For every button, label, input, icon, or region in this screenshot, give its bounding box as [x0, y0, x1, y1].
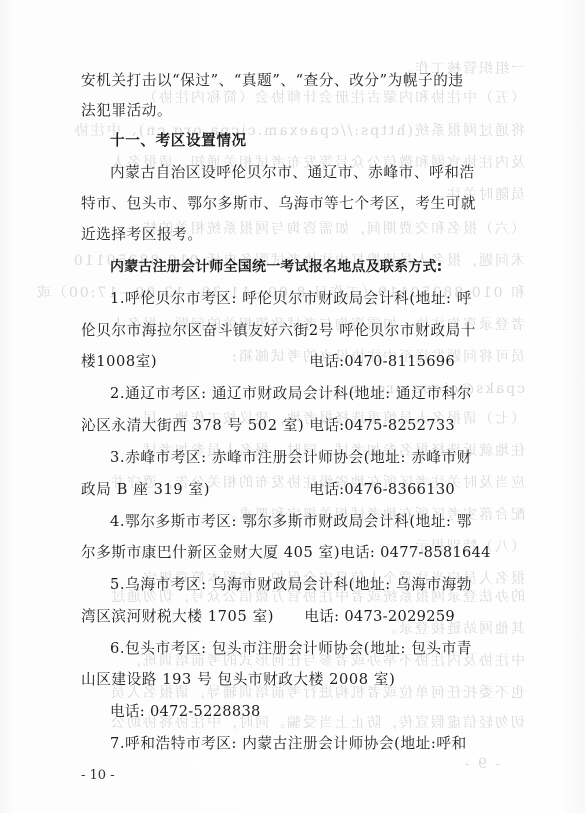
bleed-through-layer: 一组织管核工作。 （五）中注协和内蒙古注册会计师协会（简称内注协） 将通过网报系… [0, 0, 585, 813]
location-4-phone: 电话: 0477-8581644 [340, 543, 491, 563]
location-6-line-2: 山区建设路 193 号 包头市财政大楼 2008 室) [81, 670, 455, 690]
location-1-phone: 电话:0470-8115696 [309, 352, 455, 372]
location-7-line-1: 7.呼和浩特市考区: 内蒙古注册会计师协会(地址:呼和 [110, 734, 455, 754]
section-body-line-3: 近选择考区报考。 [81, 225, 455, 245]
location-1-address-end: 楼1008室) [81, 352, 157, 372]
location-2-line-2: 沁区永清大街西 378 号 502 室) 电话:0475-8252733 [81, 416, 455, 436]
location-4-address-end: 尔多斯市康巴什新区金财大厦 405 室) [81, 543, 340, 563]
location-5-address-end: 湾区滨河财税大楼 1705 室) [81, 607, 274, 627]
location-3-line-2: 政局 B 座 319 室) 电话:0476-8366130 [81, 480, 455, 500]
location-5-phone: 电话: 0473-2029259 [304, 607, 455, 627]
location-6-line-1: 6.包头市考区: 包头市注册会计师协会(地址: 包头市青 [110, 639, 455, 659]
location-2-line-1: 2.通辽市考区: 通辽市财政局会计科(地址: 通辽市科尔 [110, 384, 455, 404]
section-heading: 十一、考区设置情况 [110, 131, 455, 151]
location-6-phone: 电话: 0472-5228838 [110, 702, 455, 722]
intro-line-2: 法犯罪活动。 [81, 101, 455, 121]
location-4-line-2: 尔多斯市康巴什新区金财大厦 405 室) 电话: 0477-8581644 [81, 543, 455, 563]
location-5-line-1: 5.乌海市考区: 乌海市财政局会计科(地址: 乌海市海勃 [110, 575, 455, 595]
page-number: - 10 - [81, 768, 115, 783]
location-4-line-1: 4.鄂尔多斯市考区: 鄂尔多斯市财政局会计科(地址: 鄂 [110, 512, 455, 532]
section-body-line-2: 特市、包头市、鄂尔多斯市、乌海市等七个考区，考生可就 [81, 194, 455, 214]
location-2-address-end: 沁区永清大街西 378 号 502 室) [81, 416, 304, 436]
location-5-line-2: 湾区滨河财税大楼 1705 室) 电话: 0473-2029259 [81, 607, 455, 627]
intro-line-1: 安机关打击以“保过”、“真题”、“查分、改分”为幌子的违 [81, 71, 455, 91]
location-2-phone: 电话:0475-8252733 [309, 416, 455, 436]
location-1-line-2: 伦贝尔市海拉尔区奋斗镇友好六街2号 呼伦贝尔市财政局十 [81, 321, 455, 341]
document-page: 一组织管核工作。 （五）中注协和内蒙古注册会计师协会（简称内注协） 将通过网报系… [0, 0, 585, 813]
location-1-line-1: 1.呼伦贝尔市考区: 呼伦贝尔市财政局会计科(地址: 呼 [110, 289, 455, 309]
location-3-phone: 电话:0476-8366130 [309, 480, 455, 500]
contact-heading: 内蒙古注册会计师全国统一考试报名地点及联系方式: [110, 257, 455, 277]
section-body-line-1: 内蒙古自治区设呼伦贝尔市、通辽市、赤峰市、呼和浩 [110, 163, 455, 183]
location-3-address-end: 政局 B 座 319 室) [81, 480, 210, 500]
bleed-page-number: - 9 - [463, 756, 500, 772]
location-1-line-3: 楼1008室) 电话:0470-8115696 [81, 352, 455, 372]
location-3-line-1: 3.赤峰市考区: 赤峰市注册会计师协会(地址: 赤峰市财 [110, 448, 455, 468]
